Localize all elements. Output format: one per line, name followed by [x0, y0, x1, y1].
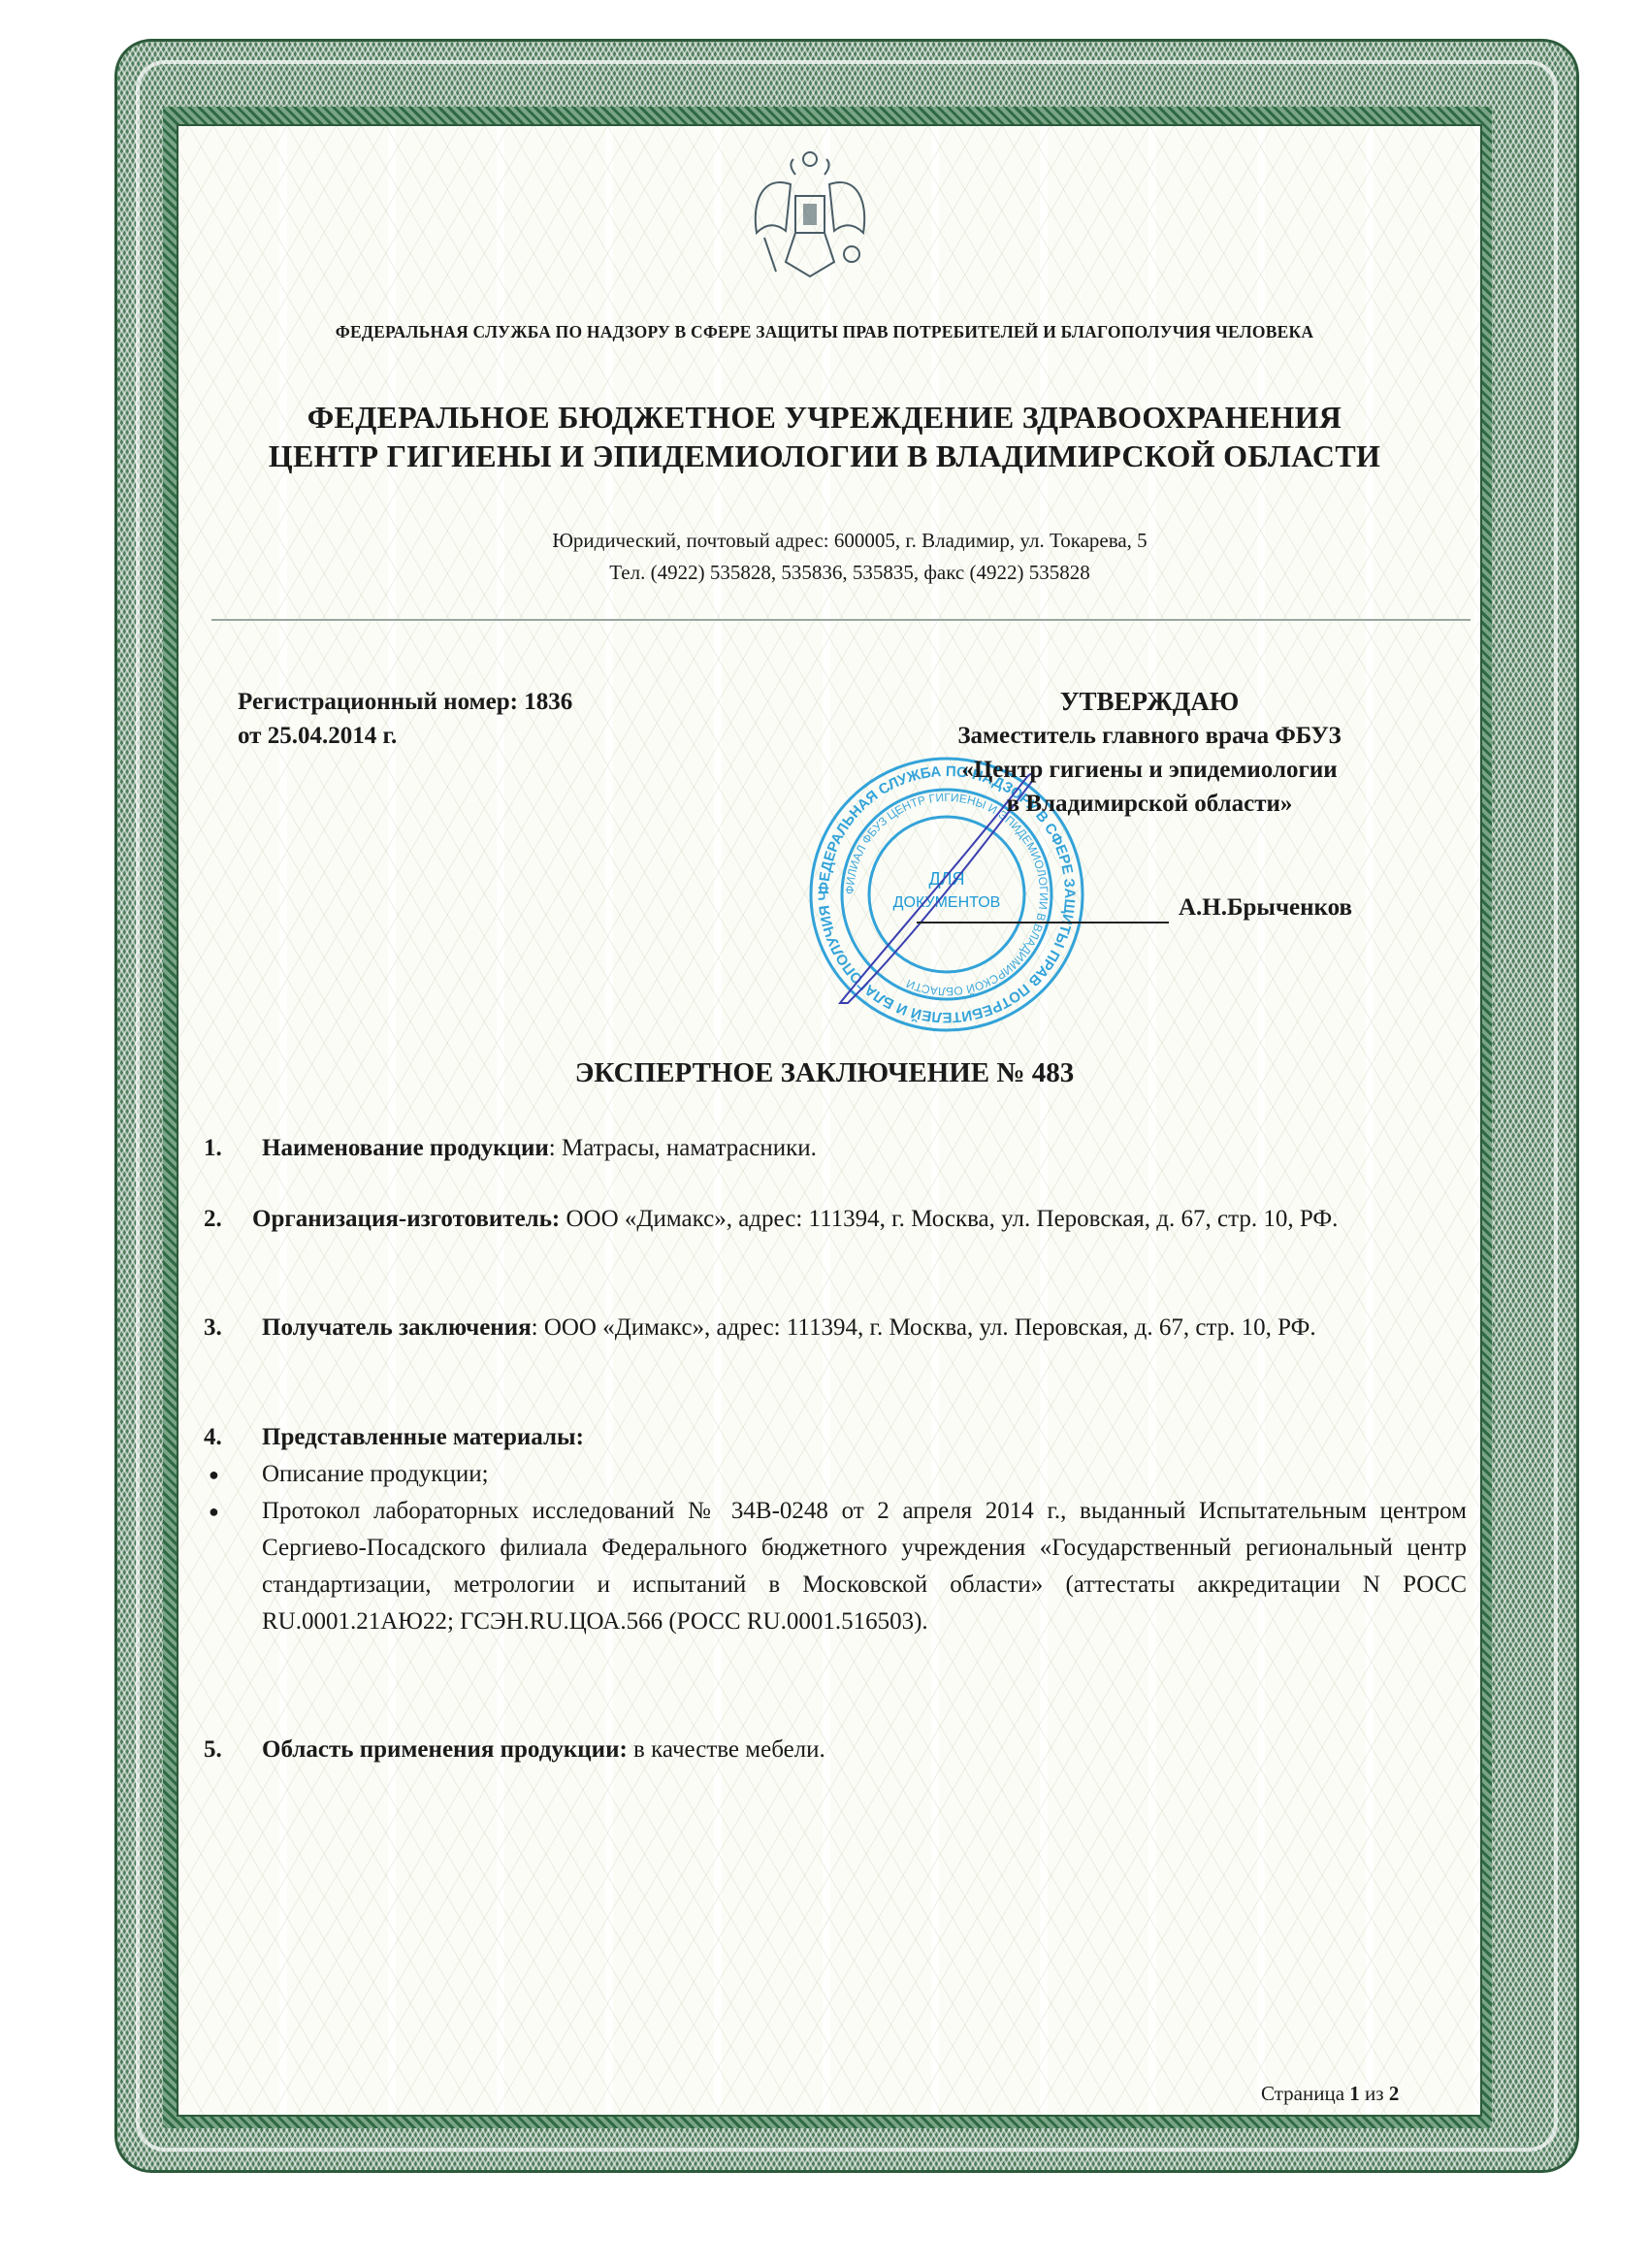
svg-text:ДЛЯ: ДЛЯ [928, 869, 964, 889]
section-value: в качестве мебели. [633, 1736, 825, 1763]
section-label: Область применения продукции: [262, 1736, 628, 1763]
section-number: 1. [204, 1130, 222, 1167]
bullet-icon: ● [209, 1456, 219, 1493]
section-manufacturer: 2. Организация-изготовитель: ООО «Димакс… [204, 1201, 1467, 1238]
section-number: 4. [204, 1419, 222, 1456]
double-headed-eagle-emblem-icon [737, 146, 883, 291]
institution-address: Юридический, почтовый адрес: 600005, г. … [25, 529, 1649, 553]
section-label: Организация-изготовитель: [252, 1206, 560, 1232]
material-item: ● Протокол лабораторных исследований № 3… [204, 1493, 1467, 1640]
approval-block: УТВЕРЖДАЮ Заместитель главного врача ФБУ… [854, 685, 1445, 821]
section-number: 3. [204, 1310, 222, 1346]
bullet-icon: ● [209, 1493, 219, 1530]
section-materials: 4. Представленные материалы: [204, 1419, 1467, 1456]
registration-block: Регистрационный номер: 1836 от 25.04.201… [238, 685, 572, 753]
signatory-name: А.Н.Брыченков [1179, 894, 1352, 922]
agency-name: ФЕДЕРАЛЬНАЯ СЛУЖБА ПО НАДЗОРУ В СФЕРЕ ЗА… [0, 322, 1649, 342]
approval-title: УТВЕРЖДАЮ [854, 685, 1445, 719]
header-divider [211, 619, 1471, 621]
current-page: 1 [1349, 2082, 1360, 2105]
section-value: ООО «Димакс», адрес: 111394, г. Москва, … [566, 1206, 1339, 1232]
institution-phones: Тел. (4922) 535828, 535836, 535835, факс… [25, 561, 1649, 585]
section-label: Наименование продукции [262, 1135, 549, 1161]
approver-org-line-1: «Центр гигиены и эпидемиологии [854, 753, 1445, 787]
section-product-name: 1. Наименование продукции: Матрасы, нама… [204, 1130, 1467, 1167]
institution-name-line-2: ЦЕНТР ГИГИЕНЫ И ЭПИДЕМИОЛОГИИ В ВЛАДИМИР… [0, 438, 1649, 474]
approver-org-line-2: в Владимирской области» [854, 787, 1445, 821]
section-recipient: 3. Получатель заключения: ООО «Димакс», … [204, 1310, 1467, 1346]
material-item: ● Описание продукции; [204, 1456, 1467, 1493]
document-title: ЭКСПЕРТНОЕ ЗАКЛЮЧЕНИЕ № 483 [0, 1057, 1649, 1089]
svg-text:ДОКУМЕНТОВ: ДОКУМЕНТОВ [893, 894, 1001, 911]
registration-number: Регистрационный номер: 1836 [238, 685, 572, 719]
section-application: 5. Область применения продукции: в качес… [204, 1732, 1467, 1768]
signature-line [917, 922, 1169, 923]
section-value: Матрасы, наматрасники. [562, 1135, 817, 1161]
registration-date: от 25.04.2014 г. [238, 719, 572, 753]
institution-name-line-1: ФЕДЕРАЛЬНОЕ БЮДЖЕТНОЕ УЧРЕЖДЕНИЕ ЗДРАВОО… [0, 400, 1649, 436]
section-label: Получатель заключения [262, 1314, 532, 1341]
section-number: 2. [204, 1201, 222, 1238]
approver-position: Заместитель главного врача ФБУЗ [854, 719, 1445, 753]
total-pages: 2 [1389, 2082, 1400, 2105]
page-indicator: Страница 1 из 2 [1261, 2082, 1399, 2106]
section-value: ООО «Димакс», адрес: 111394, г. Москва, … [544, 1314, 1316, 1341]
section-label: Представленные материалы: [262, 1424, 584, 1450]
section-number: 5. [204, 1732, 222, 1768]
